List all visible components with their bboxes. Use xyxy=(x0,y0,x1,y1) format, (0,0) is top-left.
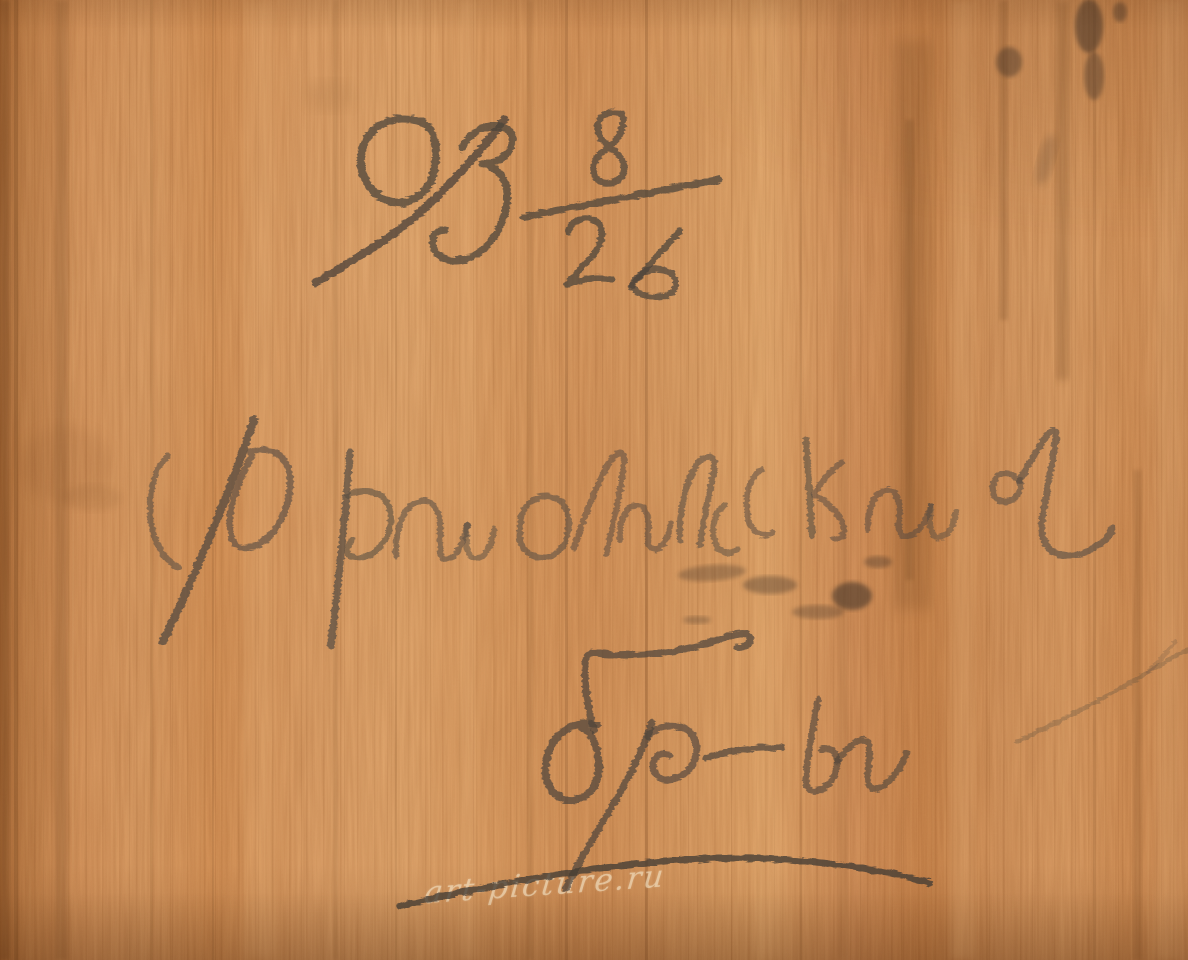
wood-panel-photo: art-picture.ru xyxy=(0,0,1188,960)
photo-vignette xyxy=(0,0,1188,960)
